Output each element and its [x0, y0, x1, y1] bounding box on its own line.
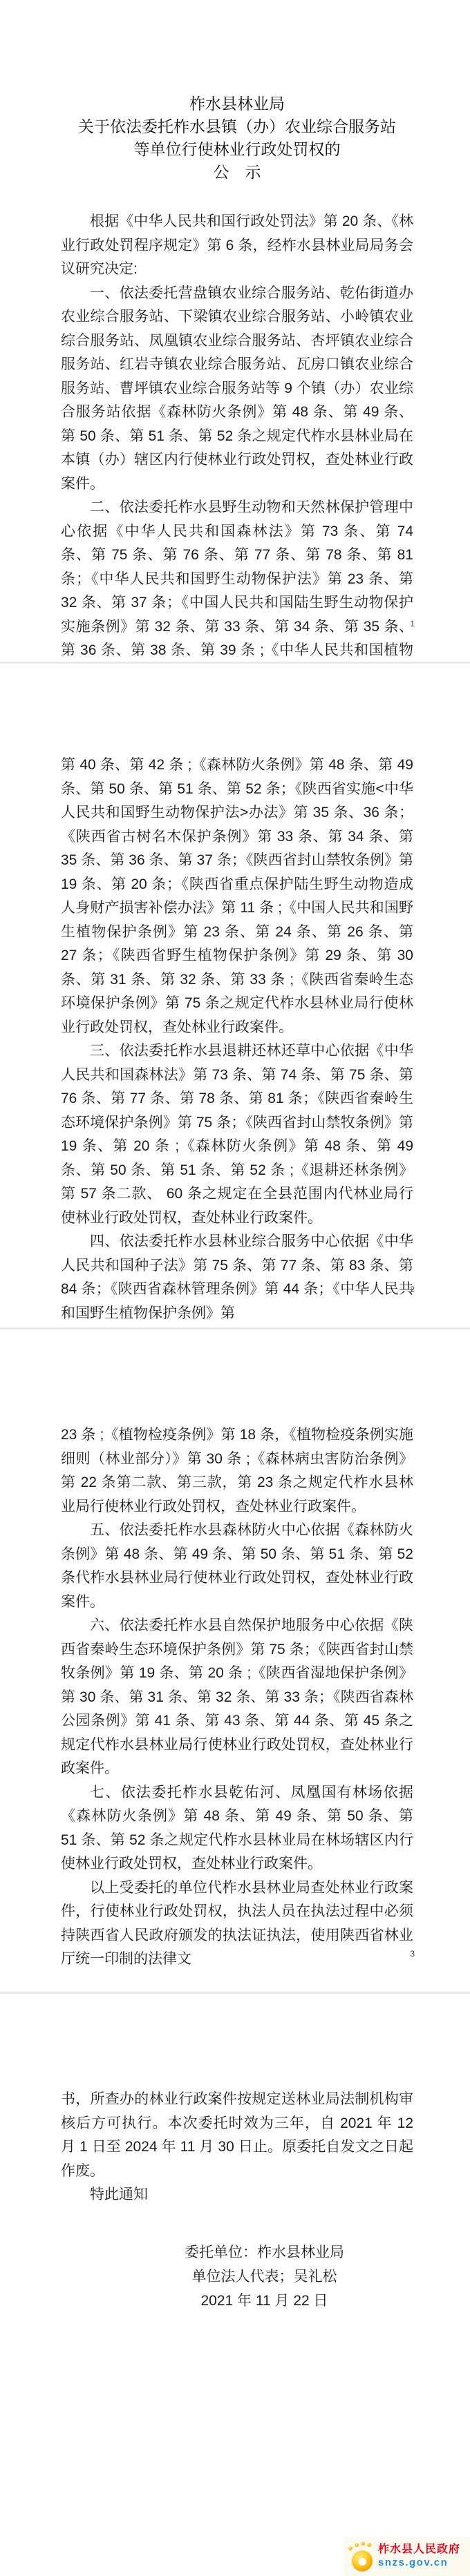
signoff-unit: 委托单位：柞水县林业局 — [185, 2240, 344, 2265]
paragraph-closing-end: 书，所查办的林业行政案件按规定送林业局法制机构审核后方可执行。本次委托时效为三年… — [61, 2088, 413, 2183]
title-line-subject-1: 关于依法委托柞水县镇（办）农业综合服务站 — [61, 115, 413, 138]
paragraph-item-5: 五、依法委托柞水县森林防火中心依据《森林防火条例》第 48 条、第 49 条、第… — [61, 1519, 413, 1614]
paragraph-basis: 根据《中华人民共和国行政处罚法》第 20 条、《林业行政处罚程序规定》第 6 条… — [61, 210, 413, 282]
paragraph-item-3: 三、依法委托柞水县退耕还林还草中心依据《中华人民共和国森林法》第 73 条、第 … — [61, 1039, 413, 1230]
paragraph-item-4-end: 23 条 ;《植物检疫条例》第 18 条，《植物检疫条例实施细则（林业部分）》第… — [61, 1423, 413, 1519]
page-number: 1 — [410, 619, 415, 628]
page-number: 3 — [410, 1949, 415, 1959]
paragraph-item-2-start: 二、依法委托柞水县野生动物和天然林保护管理中心依据《中华人民共和国森林法》第 7… — [61, 496, 413, 686]
page-2: 第 40 条、第 42 条 ;《森林防火条例》第 48 条、第 49 条、第 5… — [0, 664, 470, 1327]
title-line-subject-2: 等单位行使林业行政处罚权的 — [61, 138, 413, 161]
gov-site-url: snzs.gov.cn — [378, 2557, 460, 2570]
gov-site-name: 柞水县人民政府 — [378, 2543, 460, 2557]
title-line-type: 公 示 — [61, 161, 413, 184]
paragraph-closing-start: 以上受委托的单位代柞水县林业局查处林业行政案件，行使林业行政处罚权，执法人员在执… — [61, 1876, 413, 1972]
page-1: 柞水县林业局 关于依法委托柞水县镇（办）农业综合服务站 等单位行使林业行政处罚权… — [0, 0, 470, 662]
gov-site-badge[interactable]: 柞水县人民政府 snzs.gov.cn — [344, 2537, 470, 2576]
signoff-legal-representative: 单位法人代表；吴礼松 — [185, 2265, 344, 2289]
paragraph-item-2-end: 第 40 条、第 42 条 ;《森林防火条例》第 48 条、第 49 条、第 5… — [61, 753, 413, 1039]
page-number: 2 — [410, 1285, 415, 1294]
page-3: 23 条 ;《植物检疫条例》第 18 条，《植物检疫条例实施细则（林业部分）》第… — [0, 1329, 470, 1992]
signoff-date: 2021 年 11 月 22 日 — [185, 2289, 344, 2313]
paragraph-item-6: 六、依法委托柞水县自然保护地服务中心依据《陕西省秦岭生态环境保护条例》第 75 … — [61, 1614, 413, 1781]
paragraph-item-1: 一、依法委托营盘镇农业综合服务站、乾佑街道办农业综合服务站、下梁镇农业综合服务站… — [61, 282, 413, 497]
title-line-issuer: 柞水县林业局 — [61, 93, 413, 115]
document-title: 柞水县林业局 关于依法委托柞水县镇（办）农业综合服务站 等单位行使林业行政处罚权… — [61, 93, 413, 184]
signoff-block: 委托单位：柞水县林业局 单位法人代表；吴礼松 2021 年 11 月 22 日 — [185, 2240, 344, 2313]
announcement-document: 柞水县林业局 关于依法委托柞水县镇（办）农业综合服务站 等单位行使林业行政处罚权… — [0, 0, 470, 2576]
paragraph-notice: 特此通知 — [61, 2183, 413, 2207]
footprint-logo-icon — [348, 2541, 378, 2573]
page-4: 书，所查办的林业行政案件按规定送林业局法制机构审核后方可执行。本次委托时效为三年… — [0, 1994, 470, 2576]
paragraph-item-7: 七、依法委托柞水县乾佑河、凤凰国有林场依据《森林防火条例》第 48 条、第 49… — [61, 1781, 413, 1876]
gov-site-badge-text: 柞水县人民政府 snzs.gov.cn — [378, 2543, 460, 2570]
paragraph-item-4-start: 四、依法委托柞水县林业综合服务中心依据《中华人民共和国种子法》第 75 条、第 … — [61, 1230, 413, 1325]
